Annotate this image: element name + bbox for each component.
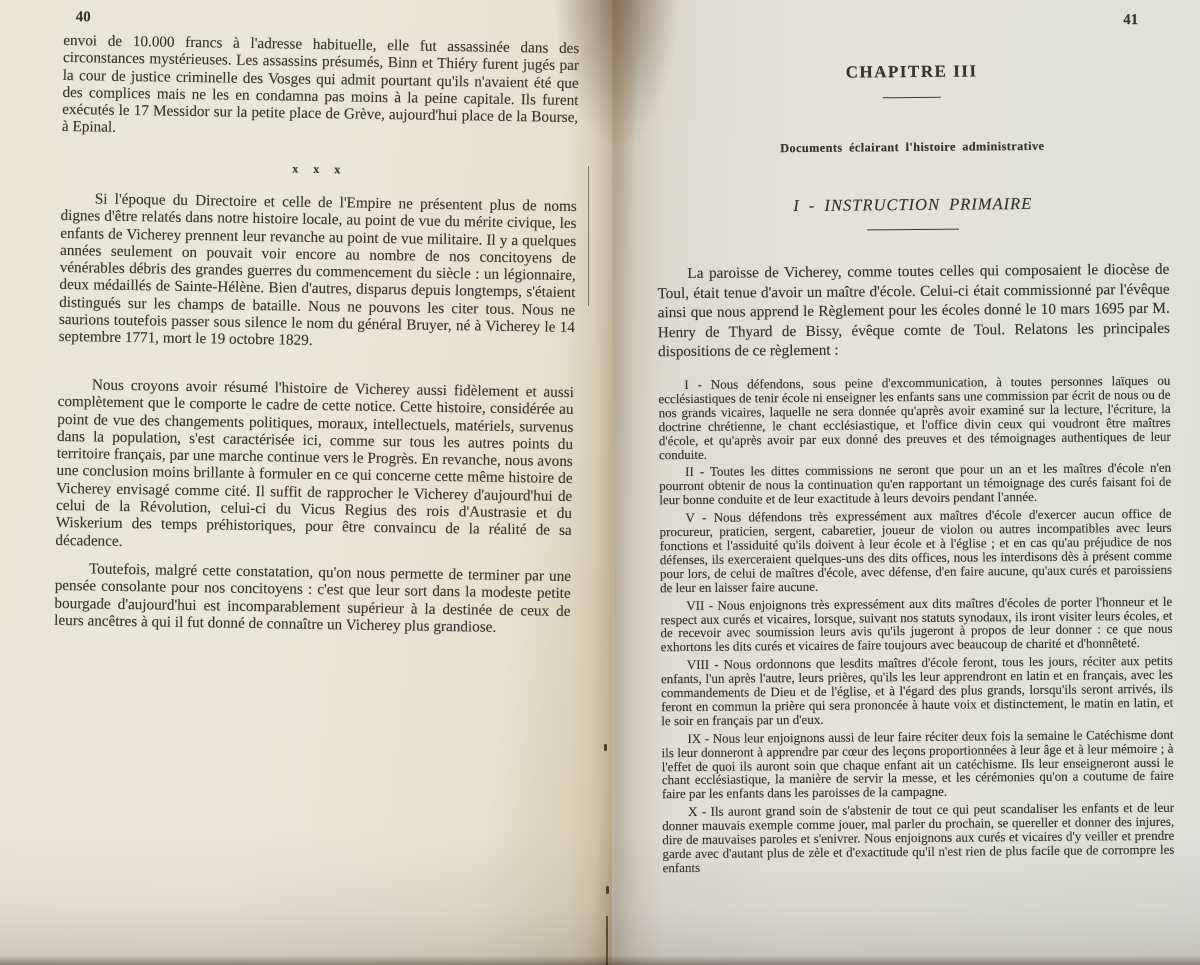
- left-paragraph-3: Nous croyons avoir résumé l'histoire de …: [55, 376, 574, 557]
- regulation-articles: I - Nous défendons, sous peine d'excommu…: [658, 374, 1174, 879]
- right-page-number: 41: [1123, 12, 1138, 29]
- binding-stitch: [604, 744, 607, 751]
- article-VII: VII - Nous enjoignons très expressément …: [660, 594, 1172, 654]
- left-page-text-block: 40 envoi de 10.000 francs à l'adresse ha…: [49, 0, 580, 965]
- article-V: V - Nous défendons très expressément aux…: [659, 507, 1172, 595]
- article-X: X - Ils auront grand soin de s'abstenir …: [662, 801, 1175, 875]
- chapter-subtitle: Documents éclairant l'histoire administr…: [656, 138, 1168, 157]
- article-I: I - Nous défendons, sous peine d'excommu…: [658, 374, 1171, 462]
- section-title-rule: [867, 229, 959, 231]
- binding-stitch: [606, 916, 608, 965]
- article-II: II - Toutes les dittes commissions ne se…: [659, 461, 1171, 507]
- left-paragraph-1: envoi de 10.000 francs à l'adresse habit…: [62, 32, 580, 144]
- section-separator: x x x: [61, 158, 577, 181]
- binding-stitch: [606, 886, 609, 894]
- left-paragraph-2: Si l'époque du Directoire et celle de l'…: [59, 190, 577, 354]
- binding-stitch: [588, 166, 589, 306]
- right-page-text-block: 41 CHAPITRE III Documents éclairant l'hi…: [655, 0, 1175, 965]
- intro-paragraph: La paroisse de Vicherey, comme toutes ce…: [657, 260, 1170, 362]
- open-book-photo: 40 envoi de 10.000 francs à l'adresse ha…: [0, 0, 1200, 965]
- article-VIII: VIII - Nous ordonnons que lesdits maître…: [661, 654, 1174, 728]
- left-paragraph-4: Toutefois, malgré cette constatation, qu…: [54, 560, 571, 637]
- chapter-title-rule: [883, 97, 941, 99]
- chapter-title: CHAPITRE III: [656, 60, 1168, 84]
- left-page-number: 40: [76, 9, 91, 26]
- article-IX: IX - Nous leur enjoignons aussi de leur …: [661, 727, 1174, 801]
- section-title: I - INSTRUCTION PRIMAIRE: [657, 193, 1169, 217]
